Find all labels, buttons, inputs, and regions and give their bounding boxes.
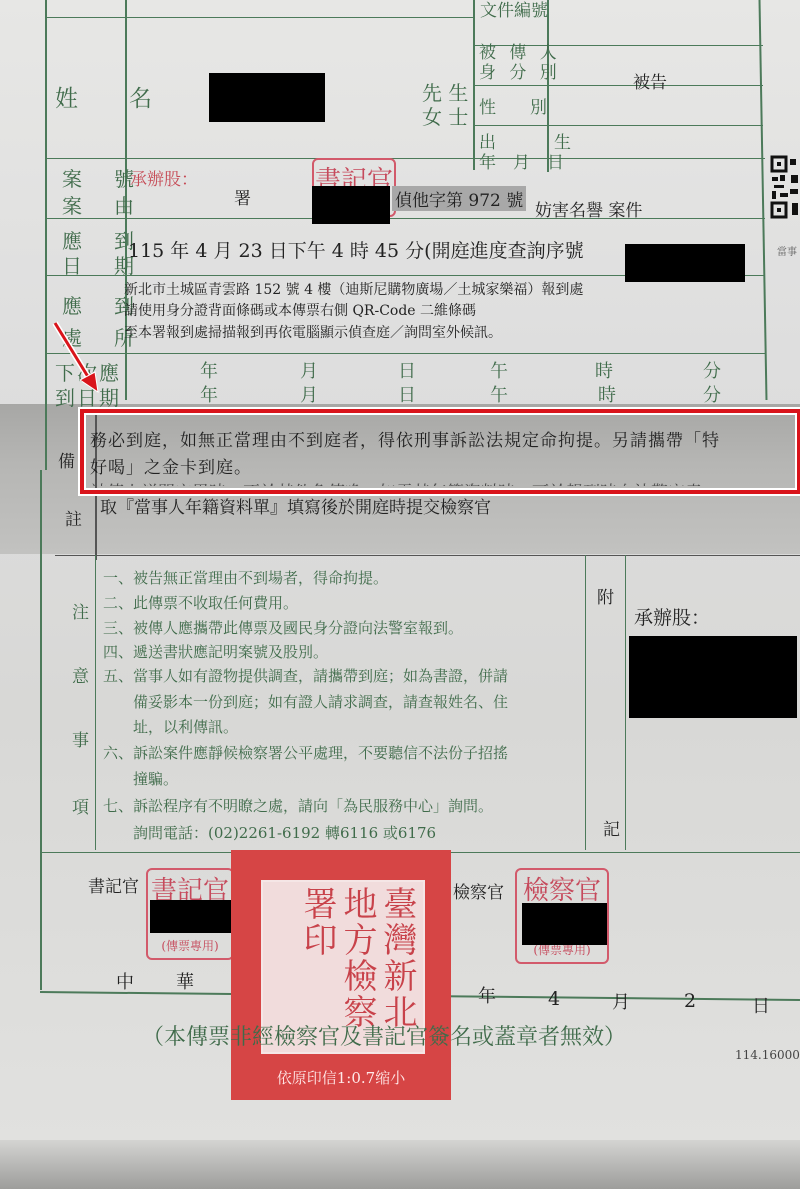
next-date-day-unit-2: 日 (398, 381, 416, 407)
row-line-place (45, 353, 765, 354)
issue-date-day-unit: 日 (752, 992, 770, 1018)
next-date-year-unit-1: 年 (200, 357, 218, 383)
honorific-ms: 女 士 (422, 101, 468, 130)
appendix-label-1: 附 (597, 583, 614, 608)
notes-label-4: 項 (72, 793, 89, 818)
redacted-prosecutor-name (522, 903, 607, 945)
highlight-annotation-box (80, 409, 800, 494)
appearance-date-value: 115 年 4 月 23 日下午 4 時 45 分(開庭進度查詢序號 (128, 236, 584, 263)
appearance-place-line-2: 請使用身分證背面條碼或本傳票右側 QR-Code 二維條碼 (124, 300, 476, 320)
appendix-division-label: 承辦股： (634, 603, 710, 630)
next-date-minute-unit-1: 分 (703, 357, 721, 383)
case-division-label: 承辦股： (130, 165, 198, 190)
notes-item: 詢問電話：(02)2261-6192 轉6116 或6176 (103, 822, 436, 843)
case-office: 署 (234, 184, 251, 209)
redacted-name (209, 73, 325, 122)
issue-date-month-unit: 月 (612, 988, 630, 1014)
case-cause: 妨害名譽 案件 (535, 196, 642, 221)
appendix-divider-2 (625, 555, 626, 850)
notes-item: 六、訴訟案件應靜候檢察署公平處理，不要聽信不法份子招搖 (103, 742, 508, 763)
paper-bottom-edge (0, 1140, 800, 1189)
next-date-hour-unit-1: 時 (595, 357, 613, 383)
clerk-label: 書記官 (88, 872, 139, 897)
doc-number-label: 文件編號 (480, 0, 548, 21)
birthdate-label-2: 年 月 日 (479, 148, 564, 173)
notes-item: 備妥影本一份到庭；如有證人請求調查，請查報姓名、住 (103, 691, 508, 712)
notes-label-1: 注 (72, 598, 89, 623)
person-type-value: 被告 (633, 68, 667, 93)
issue-date-era-1: 中 (116, 968, 134, 994)
notes-item: 七、訴訟程序有不明瞭之處，請向「為民服務中心」詢問。 (103, 795, 493, 816)
appearance-place-line-1: 新北市土城區青雲路 152 號 4 樓（迪斯尼購物廣場／土城家樂福）報到處 (124, 279, 583, 299)
issue-date-year-unit: 年 (478, 982, 496, 1008)
next-date-hour-unit-2: 時 (598, 381, 616, 407)
person-type-label-2: 身 分 別 (479, 58, 561, 83)
official-seal: 臺灣新北地方檢察署印 依原印信1:0.7缩小 (231, 850, 451, 1100)
table-border-left (45, 0, 47, 470)
case-number-label: 案 號 (62, 163, 140, 192)
row-line-case (45, 218, 765, 219)
issue-date-day: 2 (684, 990, 696, 1012)
redacted-appendix-division (629, 636, 797, 718)
redacted-clerk-name (150, 900, 234, 933)
next-date-month-unit-2: 月 (300, 381, 318, 407)
row-line-type (473, 85, 763, 86)
form-code: 114.16000 (735, 1048, 800, 1062)
footer-validity-note: （本傳票非經檢察官及書記官簽名或蓋章者無效） (142, 1020, 626, 1051)
notes-item: 址，以利傳訊。 (103, 716, 238, 737)
prosecutor-stamp-title: 檢察官 (523, 876, 601, 906)
notes-item: 撞騙。 (103, 768, 178, 789)
remarks-label-2: 註 (65, 505, 82, 530)
side-text: 當事 (777, 243, 797, 258)
official-seal-caption: 依原印信1:0.7缩小 (231, 1067, 451, 1088)
name-label: 姓 名 (55, 80, 166, 113)
issue-date-month: 4 (548, 988, 560, 1010)
notes-item: 一、被告無正當理由不到場者，得命拘提。 (103, 567, 388, 588)
next-date-day-unit-1: 日 (398, 357, 416, 383)
issue-date-era-2: 華 (176, 968, 194, 994)
clerk-stamp-footer: (傳票專用) (148, 937, 232, 954)
case-number: 偵他字第 972 號 (392, 186, 526, 211)
appearance-place-line-3: 至本署報到處掃描報到再依電腦顯示偵查庭／詢問室外候訊。 (124, 322, 502, 342)
row-line-gender (473, 125, 763, 126)
next-date-noon-unit-1: 午 (490, 357, 508, 383)
notes-label-2: 意 (72, 662, 89, 687)
next-date-noon-unit-2: 午 (490, 381, 508, 407)
remarks-label-1: 備 (58, 447, 75, 472)
next-date-month-unit-1: 月 (300, 357, 318, 383)
notes-item: 三、被傳人應攜帶此傳票及國民身分證向法警室報到。 (103, 617, 463, 638)
prosecutor-label: 檢察官 (453, 878, 504, 903)
notes-divider (95, 555, 96, 850)
appendix-label-2: 記 (603, 815, 620, 840)
case-cause-label: 案 由 (62, 190, 140, 219)
row-line-name (45, 158, 765, 159)
gender-label: 性 別 (479, 93, 547, 118)
table-border-left-lower (40, 470, 42, 990)
row-line-remarks (55, 555, 800, 556)
notes-item: 二、此傳票不收取任何費用。 (103, 592, 298, 613)
row-line-top (45, 17, 475, 18)
notes-label-3: 事 (72, 726, 89, 751)
next-date-year-unit-2: 年 (200, 381, 218, 407)
qr-code-icon (770, 155, 800, 223)
notes-item: 五、當事人如有證物提供調查，請攜帶到庭；如為書證，併請 (103, 665, 508, 686)
redacted-case-prefix (312, 186, 390, 224)
notes-item: 四、遞送書狀應記明案號及股別。 (103, 641, 328, 662)
next-date-minute-unit-2: 分 (703, 381, 721, 407)
remarks-last-line: 取『當事人年籍資料單』填寫後於開庭時提交檢察官 (100, 493, 491, 518)
redacted-query-number (625, 244, 745, 282)
appendix-divider-1 (585, 555, 586, 850)
red-arrow-annotation (50, 318, 110, 398)
